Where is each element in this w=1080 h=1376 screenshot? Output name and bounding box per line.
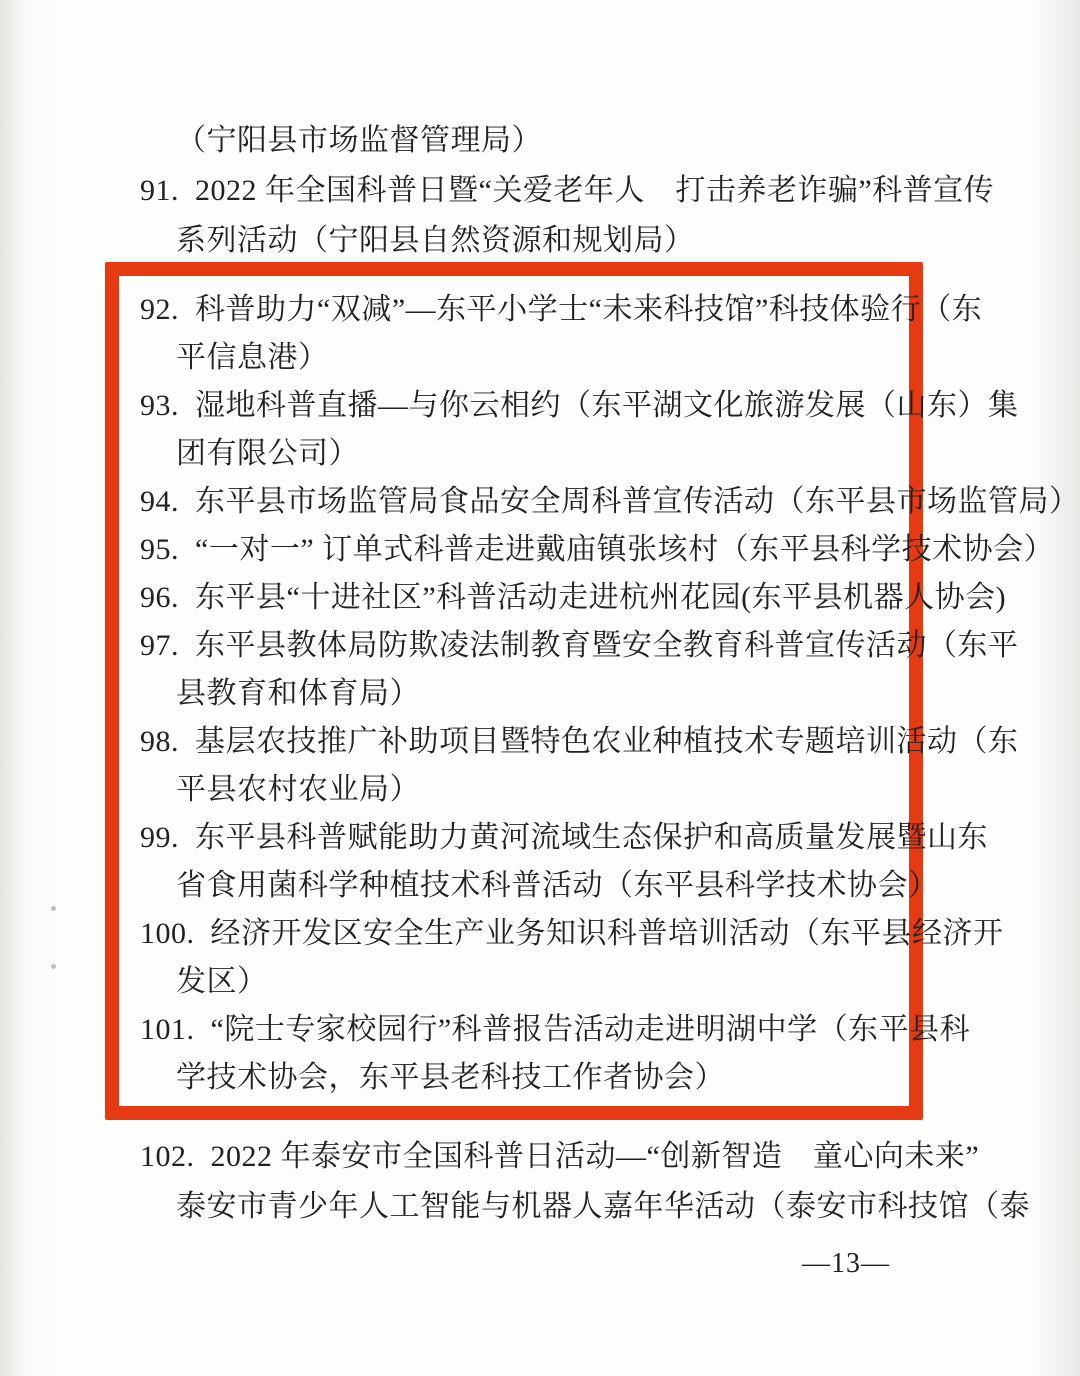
list-item-98: 98. 基层农技推广补助项目暨特色农业种植技术专题培训活动（东 [119, 714, 909, 762]
list-item-102: 102. 2022 年泰安市全国科普日活动—“创新智造 童心向未来” [0, 1128, 1080, 1178]
list-item-102-cont: 泰安市青少年人工智能与机器人嘉年华活动（泰安市科技馆（泰 [0, 1178, 1080, 1228]
post-highlight-section: 102. 2022 年泰安市全国科普日活动—“创新智造 童心向未来” 泰安市青少… [0, 1128, 1080, 1228]
list-item-99: 99. 东平县科普赋能助力黄河流域生态保护和高质量发展暨山东 [119, 810, 909, 858]
pre-highlight-section: （宁阳县市场监督管理局） 91. 2022 年全国科普日暨“关爱老年人 打击养老… [0, 112, 1080, 262]
list-item-100: 100. 经济开发区安全生产业务知识科普培训活动（东平县经济开 [119, 906, 909, 954]
red-highlight-box: 92. 科普助力“双减”—东平小学士“未来科技馆”科技体验行（东 平信息港） 9… [105, 262, 923, 1120]
list-item-93: 93. 湿地科普直播—与你云相约（东平湖文化旅游发展（山东）集 [119, 378, 909, 426]
list-item-94: 94. 东平县市场监管局食品安全周科普宣传活动（东平县市场监管局） [119, 474, 909, 522]
list-item-101-cont: 学技术协会，东平县老科技工作者协会） [119, 1050, 909, 1098]
list-item-96: 96. 东平县“十进社区”科普活动走进杭州花园(东平县机器人协会) [119, 570, 909, 618]
document-page: （宁阳县市场监督管理局） 91. 2022 年全国科普日暨“关爱老年人 打击养老… [0, 0, 1080, 1376]
list-item-97-cont: 县教育和体育局） [119, 666, 909, 714]
list-item-95: 95. “一对一” 订单式科普走进戴庙镇张垓村（东平县科学技术协会） [119, 522, 909, 570]
scan-speck [51, 906, 56, 911]
list-item-100-cont: 发区） [119, 954, 909, 1002]
list-item-90-cont: （宁阳县市场监督管理局） [0, 112, 1080, 162]
list-item-92: 92. 科普助力“双减”—东平小学士“未来科技馆”科技体验行（东 [119, 282, 909, 330]
list-item-97: 97. 东平县教体局防欺凌法制教育暨安全教育科普宣传活动（东平 [119, 618, 909, 666]
list-item-99-cont: 省食用菌科学种植技术科普活动（东平县科学技术协会） [119, 858, 909, 906]
list-item-91-cont: 系列活动（宁阳县自然资源和规划局） [0, 212, 1080, 262]
list-item-98-cont: 平县农村农业局） [119, 762, 909, 810]
list-item-101: 101. “院士专家校园行”科普报告活动走进明湖中学（东平县科 [119, 1002, 909, 1050]
scan-speck [51, 964, 56, 969]
list-item-93-cont: 团有限公司） [119, 426, 909, 474]
list-item-91: 91. 2022 年全国科普日暨“关爱老年人 打击养老诈骗”科普宣传 [0, 162, 1080, 212]
list-item-92-cont: 平信息港） [119, 330, 909, 378]
page-number: —13— [0, 1248, 1080, 1280]
